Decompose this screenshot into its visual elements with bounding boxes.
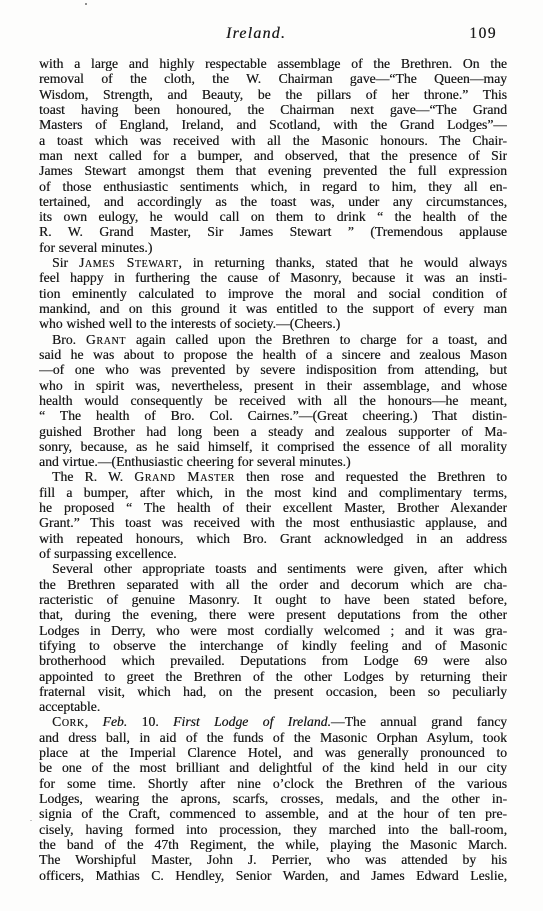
text-segment: 10. xyxy=(127,714,173,729)
text-segment: Sir xyxy=(52,255,79,270)
text-line: brotherhood which prevailed. Deputations… xyxy=(39,653,507,668)
scan-speck xyxy=(30,820,32,821)
text-segment: the Brethren separated with all the orde… xyxy=(39,577,507,592)
text-segment: of those enthusiastic sentiments which, … xyxy=(39,179,507,194)
paragraph: Several other appropriate toasts and sen… xyxy=(39,561,507,714)
text-line: Wisdom, Strength, and Beauty, be the pil… xyxy=(39,87,507,102)
text-segment: who wished well to the interests of soci… xyxy=(39,316,340,331)
text-line: and dress ball, in aid of the funds of t… xyxy=(39,730,507,745)
text-line: who in spirit was, nevertheless, present… xyxy=(39,378,507,393)
text-line: with a large and highly respectable asse… xyxy=(39,56,507,71)
text-line: Several other appropriate toasts and sen… xyxy=(39,561,507,576)
text-segment: with repeated honours, which Bro. Grant … xyxy=(39,531,507,546)
text-segment: The R. W. xyxy=(52,469,134,484)
text-segment: that, during the evening, there were pre… xyxy=(39,607,507,622)
text-line: feel happy in furthering the cause of Ma… xyxy=(39,270,507,285)
text-line: fill a bumper, after which, in the most … xyxy=(39,485,507,500)
paragraph: with a large and highly respectable asse… xyxy=(39,56,507,255)
scan-speck xyxy=(85,3,87,5)
text-line: guished Brother had long been a steady a… xyxy=(39,424,507,439)
text-line: man next called for a bumper, and observ… xyxy=(39,148,507,163)
text-segment: “ The health of Bro. Col. Cairnes.”—(Gre… xyxy=(39,408,507,423)
text-segment: racteristic of genuine Masonry. It ought… xyxy=(39,592,507,607)
text-segment: tertained, and accordingly as the toast … xyxy=(39,194,507,209)
text-line: racteristic of genuine Masonry. It ought… xyxy=(39,592,507,607)
text-line: Masters of England, Ireland, and Scotlan… xyxy=(39,117,507,132)
text-line: who wished well to the interests of soci… xyxy=(39,316,507,331)
text-segment: —The annual grand fancy xyxy=(331,714,507,729)
text-segment: for several minutes.) xyxy=(39,240,152,255)
paragraph: Cork, Feb. 10. First Lodge of Ireland.—T… xyxy=(39,714,507,882)
text-segment: fill a bumper, after which, in the most … xyxy=(39,485,507,500)
text-line: toast having been honoured, the Chairman… xyxy=(39,102,507,117)
text-segment: the band of the 47th Regiment, the while… xyxy=(39,837,507,852)
text-line: Sir James Stewart, in returning thanks, … xyxy=(39,255,507,270)
text-line: Lodges in Derry, who were most cordially… xyxy=(39,623,507,638)
text-segment: Grand Master xyxy=(134,469,234,484)
text-segment: for some time. Shortly after nine o’cloc… xyxy=(39,776,507,791)
text-line: for some time. Shortly after nine o’cloc… xyxy=(39,776,507,791)
text-line: tertained, and accordingly as the toast … xyxy=(39,194,507,209)
text-segment: toast having been honoured, the Chairman… xyxy=(39,102,507,117)
text-segment: health would consequently be received wi… xyxy=(39,393,507,408)
text-segment: of surpassing excellence. xyxy=(39,546,177,561)
text-segment: Grant xyxy=(86,332,126,347)
text-line: said he was about to propose the health … xyxy=(39,347,507,362)
scanned-page: Ireland. 109 with a large and highly res… xyxy=(0,0,543,911)
page-number: 109 xyxy=(469,25,497,43)
text-segment: be one of the most brilliant and delight… xyxy=(39,760,507,775)
text-line: its own eulogy, he would call on them to… xyxy=(39,209,507,224)
text-line: of those enthusiastic sentiments which, … xyxy=(39,179,507,194)
text-line: “ The health of Bro. Col. Cairnes.”—(Gre… xyxy=(39,408,507,423)
text-line: with repeated honours, which Bro. Grant … xyxy=(39,531,507,546)
text-line: acceptable. xyxy=(39,699,507,714)
text-line: R. W. Grand Master, Sir James Stewart ” … xyxy=(39,224,507,239)
text-segment: Lodges, wearing the aprons, scarfs, cros… xyxy=(39,791,507,806)
text-line: The Worshipful Master, John J. Perrier, … xyxy=(39,852,507,867)
text-segment: place at the Imperial Clarence Hotel, an… xyxy=(39,745,507,760)
text-line: the band of the 47th Regiment, the while… xyxy=(39,837,507,852)
text-line: fraternal visit, which had, on the prese… xyxy=(39,684,507,699)
text-line: a toast which was received with all the … xyxy=(39,133,507,148)
text-segment: James Stewart amongst them that evening … xyxy=(39,163,507,178)
text-line: and virtue.—(Enthusiastic cheering for s… xyxy=(39,454,507,469)
text-segment: Cork xyxy=(52,714,85,729)
text-segment: its own eulogy, he would call on them to… xyxy=(39,209,507,224)
text-segment: then rose and requested the Brethren to xyxy=(235,469,507,484)
text-segment: signia of the Craft, commenced to assemb… xyxy=(39,806,507,821)
text-segment: Several other appropriate toasts and sen… xyxy=(52,561,507,576)
running-head: Ireland. xyxy=(0,25,512,43)
text-line: the Brethren separated with all the orde… xyxy=(39,577,507,592)
text-segment: First Lodge of Ireland. xyxy=(173,714,331,729)
text-line: appointed to greet the Brethren of the o… xyxy=(39,669,507,684)
text-segment: with a large and highly respectable asse… xyxy=(39,56,507,71)
text-line: place at the Imperial Clarence Hotel, an… xyxy=(39,745,507,760)
text-line: signia of the Craft, commenced to assemb… xyxy=(39,806,507,821)
text-line: James Stewart amongst them that evening … xyxy=(39,163,507,178)
text-line: he proposed “ The health of their excell… xyxy=(39,500,507,515)
text-line: health would consequently be received wi… xyxy=(39,393,507,408)
text-segment: acceptable. xyxy=(39,699,100,714)
text-line: sonry, because, as he said himself, it c… xyxy=(39,439,507,454)
text-line: mankind, and on this ground it was entit… xyxy=(39,301,507,316)
text-line: be one of the most brilliant and delight… xyxy=(39,760,507,775)
text-line: that, during the evening, there were pre… xyxy=(39,607,507,622)
text-segment: and virtue.—(Enthusiastic cheering for s… xyxy=(39,454,351,469)
text-segment: James Stewart xyxy=(79,255,178,270)
text-segment: man next called for a bumper, and observ… xyxy=(39,148,507,163)
text-line: —of one who was prevented by severe indi… xyxy=(39,362,507,377)
text-segment: —of one who was prevented by severe indi… xyxy=(39,362,507,377)
text-segment: and dress ball, in aid of the funds of t… xyxy=(39,730,507,745)
text-segment: Lodges in Derry, who were most cordially… xyxy=(39,623,507,638)
text-segment: a toast which was received with all the … xyxy=(39,133,507,148)
text-segment: tion eminently calculated to improve the… xyxy=(39,286,507,301)
text-line: removal of the cloth, the W. Chairman ga… xyxy=(39,71,507,86)
text-segment: sonry, because, as he said himself, it c… xyxy=(39,439,507,454)
text-line: Lodges, wearing the aprons, scarfs, cros… xyxy=(39,791,507,806)
text-segment: appointed to greet the Brethren of the o… xyxy=(39,669,507,684)
text-segment: Feb. xyxy=(102,714,127,729)
text-segment: , in returning thanks, stated that he wo… xyxy=(178,255,507,270)
text-line: The R. W. Grand Master then rose and req… xyxy=(39,469,507,484)
text-segment: cisely, having formed into procession, t… xyxy=(39,822,507,837)
text-segment: Grant.” This toast was received with the… xyxy=(39,515,507,530)
paragraph: Sir James Stewart, in returning thanks, … xyxy=(39,255,507,332)
text-segment: guished Brother had long been a steady a… xyxy=(39,424,507,439)
text-line: Bro. Grant again called upon the Brethre… xyxy=(39,332,507,347)
text-segment: again called upon the Brethren to charge… xyxy=(126,332,507,347)
text-line: for several minutes.) xyxy=(39,240,507,255)
text-line: cisely, having formed into procession, t… xyxy=(39,822,507,837)
text-segment: said he was about to propose the health … xyxy=(39,347,507,362)
text-line: of surpassing excellence. xyxy=(39,546,507,561)
text-segment: feel happy in furthering the cause of Ma… xyxy=(39,270,507,285)
text-segment: brotherhood which prevailed. Deputations… xyxy=(39,653,507,668)
text-line: tion eminently calculated to improve the… xyxy=(39,286,507,301)
text-segment: Bro. xyxy=(52,332,86,347)
text-line: Cork, Feb. 10. First Lodge of Ireland.—T… xyxy=(39,714,507,729)
text-segment: fraternal visit, which had, on the prese… xyxy=(39,684,507,699)
text-segment: who in spirit was, nevertheless, present… xyxy=(39,378,507,393)
text-segment: officers, Mathias C. Hendley, Senior War… xyxy=(39,868,507,883)
text-line: tifying to observe the interchange of ki… xyxy=(39,638,507,653)
text-line: officers, Mathias C. Hendley, Senior War… xyxy=(39,868,507,883)
text-segment: mankind, and on this ground it was entit… xyxy=(39,301,507,316)
text-segment: he proposed “ The health of their excell… xyxy=(39,500,507,515)
text-segment: R. W. Grand Master, Sir James Stewart ” … xyxy=(39,224,507,239)
paragraph: Bro. Grant again called upon the Brethre… xyxy=(39,332,507,470)
text-segment: , xyxy=(85,714,103,729)
text-segment: The Worshipful Master, John J. Perrier, … xyxy=(39,852,507,867)
text-segment: removal of the cloth, the W. Chairman ga… xyxy=(39,71,507,86)
text-segment: tifying to observe the interchange of ki… xyxy=(39,638,507,653)
text-segment: Wisdom, Strength, and Beauty, be the pil… xyxy=(39,87,507,102)
text-line: Grant.” This toast was received with the… xyxy=(39,515,507,530)
text-segment: Masters of England, Ireland, and Scotlan… xyxy=(39,117,507,132)
paragraph: The R. W. Grand Master then rose and req… xyxy=(39,469,507,561)
text-block: with a large and highly respectable asse… xyxy=(39,56,507,883)
